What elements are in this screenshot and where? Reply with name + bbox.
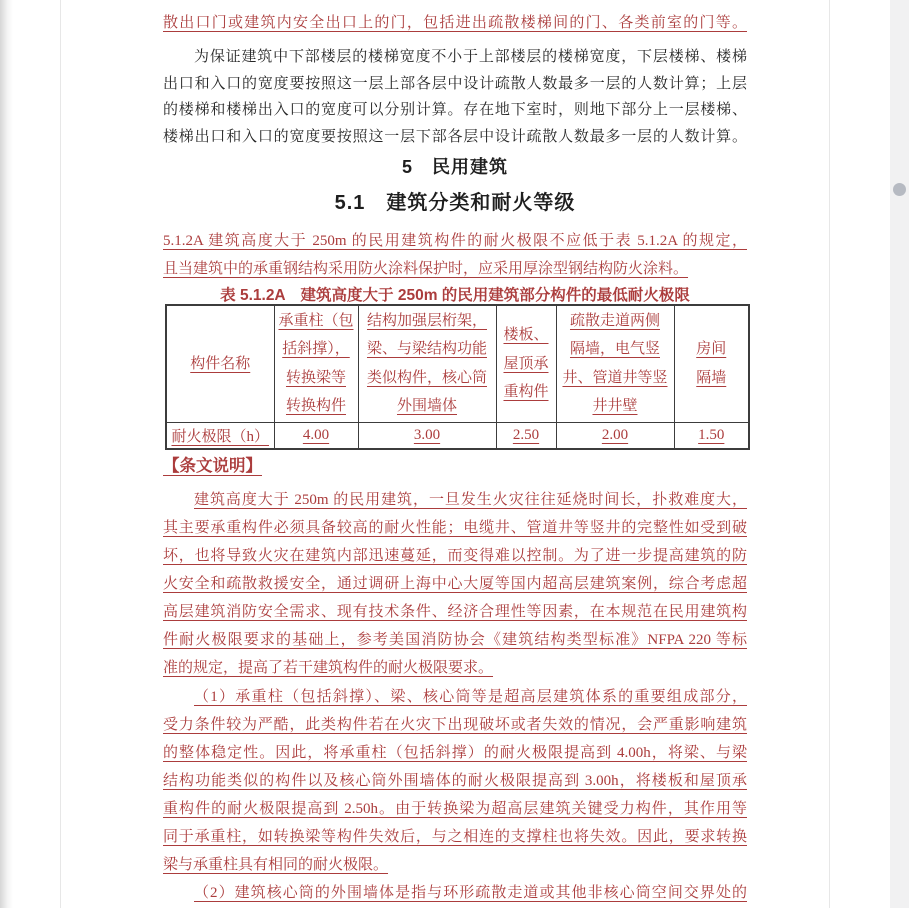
cell-line: 隔墙 [675, 364, 749, 393]
cell-line: 外围墙体 [359, 392, 496, 421]
body-line: 散出口门或建筑内安全出口上的门，包括进出疏散楼梯间的门、各类前室的门等。 [163, 10, 747, 37]
row-label: 耐火极限（h） [171, 429, 269, 445]
document-viewer: { "colors": { "accent_red": "#ab3c3c", "… [0, 0, 909, 908]
fire-resistance-table: 构件名称 承重柱（包 括斜撑）， 转换梁等 转换构件 结构加强层桁架， 梁、与梁… [165, 304, 750, 450]
commentary-line: 重构件的耐火极限提高到 2.50h。由于转换梁为超高层建筑关键受力构件，其作用等 [163, 795, 747, 823]
commentary-line: 结构功能类似的构件以及核心筒外围墙体的耐火极限提高到 3.00h，将楼板和屋顶承 [163, 767, 747, 795]
cell-line: 结构加强层桁架， [359, 307, 496, 336]
fire-limit-value: 1.50 [698, 427, 724, 443]
cell-line: 屋顶承 [497, 350, 556, 379]
commentary-line: 准的规定，提高了若干建筑构件的耐火极限要求。 [163, 654, 747, 682]
fire-limit-value: 2.00 [602, 427, 628, 443]
commentary-line: 受力条件较为严酷，此类构件若在火灾下出现破坏或者失效的情况，会严重影响建筑 [163, 711, 747, 739]
cell-line: 井井壁 [557, 392, 674, 421]
cell-line: 构件名称 [167, 350, 274, 379]
table-cell-value: 2.50 [496, 422, 556, 449]
clause-line: 且当建筑中的承重钢结构采用防火涂料保护时，应采用厚涂型钢结构防火涂料。 [163, 256, 747, 284]
commentary-line: 同于承重柱，如转换梁等构件失效后，与之相连的支撑柱也将失效。因此，要求转换 [163, 823, 747, 851]
body-line: 的楼梯和楼梯出入口的宽度可以分别计算。存在地下室时，则地下部分上一层楼梯、 [163, 97, 747, 124]
table-cell-value: 3.00 [358, 422, 496, 449]
stair-width-paragraph: 为保证建筑中下部楼层的楼梯宽度不小于上部楼层的楼梯宽度，下层楼梯、楼梯 出口和入… [163, 44, 747, 150]
commentary-line: 的整体稳定性。因此，将承重柱（包括斜撑）的耐火极限提高到 4.00h，将梁、与梁 [163, 739, 747, 767]
table-cell-component-name: 构件名称 [166, 305, 274, 422]
cell-line: 重构件 [497, 378, 556, 407]
scrollbar-thumb[interactable] [893, 183, 906, 196]
cell-line: 转换构件 [275, 392, 358, 421]
table-cell-room-partition: 房间 隔墙 [674, 305, 749, 422]
commentary-line: 梁与承重柱具有相同的耐火极限。 [163, 851, 747, 879]
table-cell-bearing-columns: 承重柱（包 括斜撑）， 转换梁等 转换构件 [274, 305, 358, 422]
section-heading: 5.1 建筑分类和耐火等级 [163, 186, 747, 215]
cell-line: 承重柱（包 [275, 307, 358, 336]
cell-line: 隔墙，电气竖 [557, 335, 674, 364]
cell-line: 井、管道井等竖 [557, 364, 674, 393]
fire-limit-value: 4.00 [303, 427, 329, 443]
commentary-line: 火安全和疏散救援安全，通过调研上海中心大厦等国内超高层建筑案例，综合考虑超 [163, 570, 747, 598]
table-value-row: 耐火极限（h） 4.00 3.00 2.50 2.00 1.50 [166, 422, 749, 449]
body-line: 出口和入口的宽度要按照这一层上部各层中设计疏散人数最多一层的人数计算；上层 [163, 71, 747, 98]
table-cell-value: 2.00 [556, 422, 674, 449]
commentary-line: （2）建筑核心筒的外围墙体是指与环形疏散走道或其他非核心筒空间交界处的 [163, 879, 747, 907]
body-line: 为保证建筑中下部楼层的楼梯宽度不小于上部楼层的楼梯宽度，下层楼梯、楼梯 [163, 44, 747, 71]
table-cell-value: 4.00 [274, 422, 358, 449]
left-edge-shadow [0, 0, 13, 908]
commentary-line: 坏，也将导致火灾在建筑内部迅速蔓延，而变得难以控制。为了进一步提高建筑的防 [163, 542, 747, 570]
commentary-paragraph-3: （2）建筑核心筒的外围墙体是指与环形疏散走道或其他非核心筒空间交界处的 [163, 879, 747, 907]
body-line: 楼梯出口和入口的宽度要按照这一层下部各层中设计疏散人数最多一层的人数计算。 [163, 124, 747, 151]
table-cell-corridor-walls-shafts: 疏散走道两侧 隔墙，电气竖 井、管道井等竖 井井壁 [556, 305, 674, 422]
commentary-line: 件耐火极限要求的基础上，参考美国消防协会《建筑结构类型标准》NFPA 220 等… [163, 626, 747, 654]
commentary-line: 其主要承重构件必须具备较高的耐火性能；电缆井、管道井等竖井的完整性如受到破 [163, 514, 747, 542]
cell-line: 梁、与梁结构功能 [359, 335, 496, 364]
cell-line: 类似构件，核心筒 [359, 364, 496, 393]
scrollbar-track[interactable] [890, 0, 909, 908]
table-cell-value: 1.50 [674, 422, 749, 449]
cell-line: 房间 [675, 335, 749, 364]
cell-line: 括斜撑）， [275, 335, 358, 364]
fire-limit-value: 2.50 [513, 427, 539, 443]
commentary-line: 建筑高度大于 250m 的民用建筑，一旦发生火灾往往延烧时间长，扑救难度大， [163, 486, 747, 514]
table-cell-row-label: 耐火极限（h） [166, 422, 274, 449]
table-cell-truss-beams: 结构加强层桁架， 梁、与梁结构功能 类似构件，核心筒 外围墙体 [358, 305, 496, 422]
carryover-paragraph: 散出口门或建筑内安全出口上的门，包括进出疏散楼梯间的门、各类前室的门等。 [163, 10, 747, 37]
commentary-paragraph-2: （1）承重柱（包括斜撑）、梁、核心筒等是超高层建筑体系的重要组成部分， 受力条件… [163, 683, 747, 879]
commentary-line: （1）承重柱（包括斜撑）、梁、核心筒等是超高层建筑体系的重要组成部分， [163, 683, 747, 711]
fire-limit-value: 3.00 [414, 427, 440, 443]
cell-line: 疏散走道两侧 [557, 307, 674, 336]
commentary-paragraph-1: 建筑高度大于 250m 的民用建筑，一旦发生火灾往往延烧时间长，扑救难度大， 其… [163, 486, 747, 682]
cell-line: 转换梁等 [275, 364, 358, 393]
table-cell-floor-roof: 楼板、 屋顶承 重构件 [496, 305, 556, 422]
cell-line: 楼板、 [497, 321, 556, 350]
table-caption: 表 5.1.2A 建筑高度大于 250m 的民用建筑部分构件的最低耐火极限 [163, 283, 747, 305]
clause-5-1-2A-paragraph: 5.1.2A 建筑高度大于 250m 的民用建筑构件的耐火极限不应低于表 5.1… [163, 228, 747, 283]
chapter-heading: 5 民用建筑 [163, 153, 747, 179]
commentary-heading: 【条文说明】 [163, 452, 262, 476]
commentary-line: 高层建筑消防安全需求、现有技术条件、经济合理性等因素，在本规范在民用建筑构 [163, 598, 747, 626]
table-header-row: 构件名称 承重柱（包 括斜撑）， 转换梁等 转换构件 结构加强层桁架， 梁、与梁… [166, 305, 749, 422]
clause-line: 5.1.2A 建筑高度大于 250m 的民用建筑构件的耐火极限不应低于表 5.1… [163, 228, 747, 256]
